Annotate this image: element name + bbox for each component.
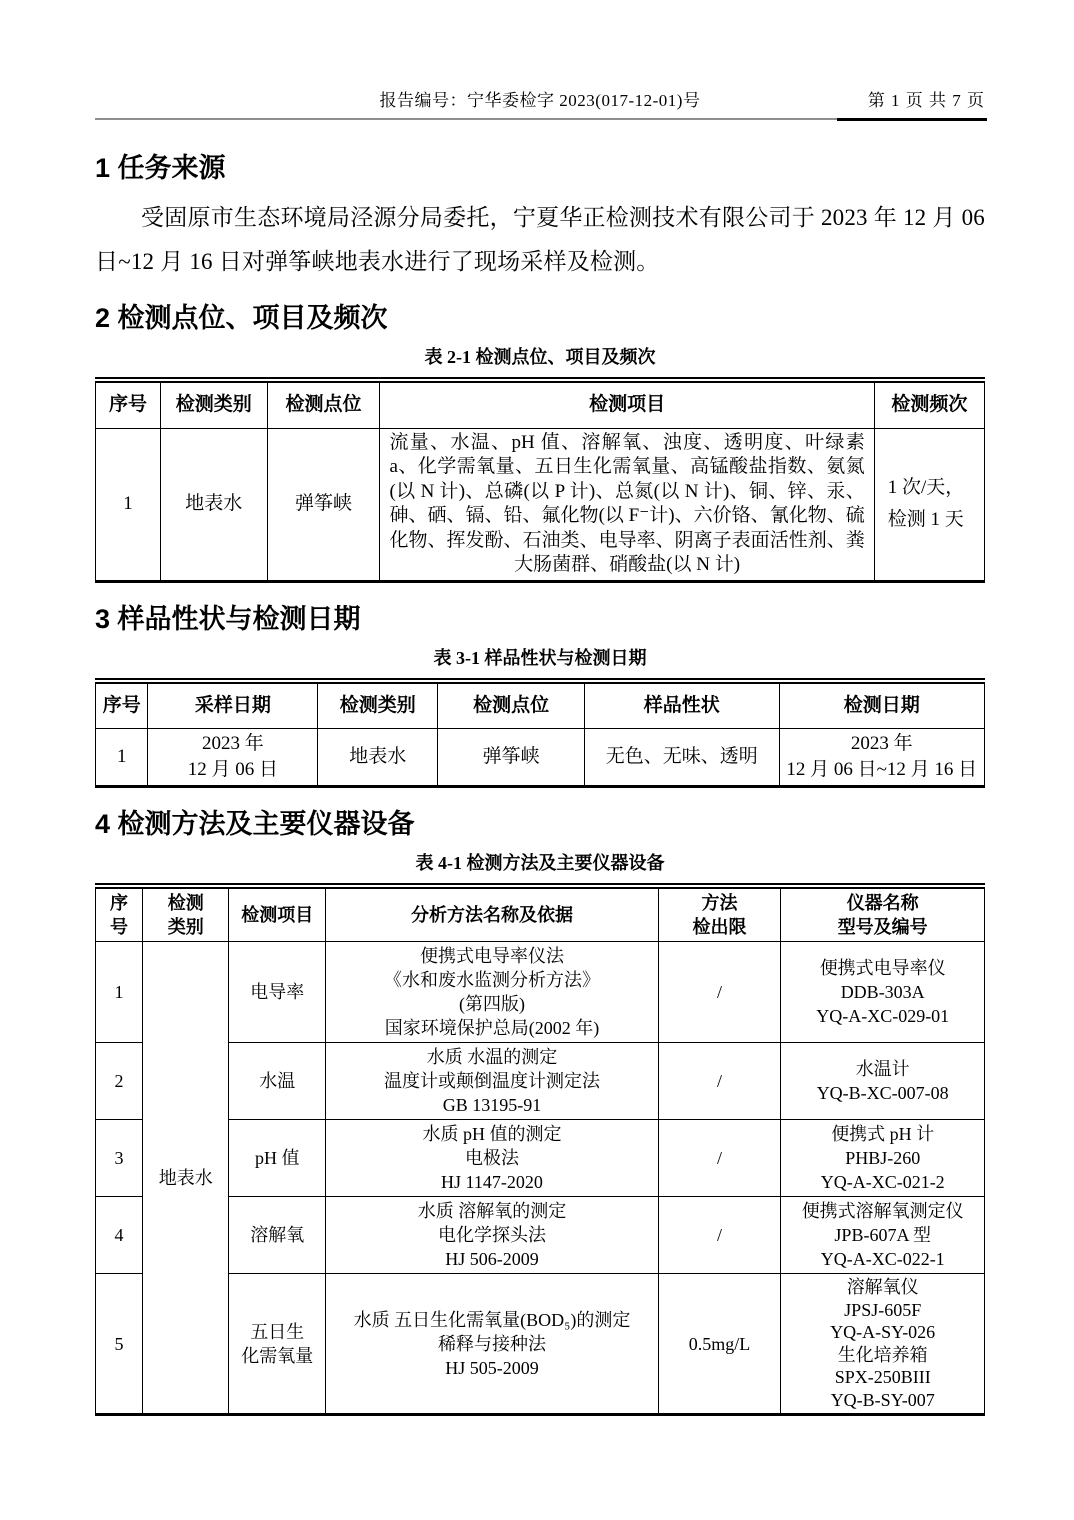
table-2-1-caption: 表 2-1 检测点位、项目及频次 <box>95 346 985 368</box>
table-2-1: 序号 检测类别 检测点位 检测项目 检测频次 1 地表水 弹筝峡 流量、水温、p… <box>95 377 985 583</box>
column-header-category: 检测 类别 <box>143 886 229 942</box>
cell-item: 水温 <box>229 1043 326 1120</box>
table-3-1: 序号 采样日期 检测类别 检测点位 样品性状 检测日期 1 2023 年 12 … <box>95 678 985 789</box>
cell-item: 电导率 <box>229 942 326 1043</box>
table-row: 4 溶解氧 水质 溶解氧的测定 电化学探头法 HJ 506-2009 / 便携式… <box>96 1197 985 1274</box>
cell-instrument: 水温计 YQ-B-XC-007-08 <box>781 1043 985 1120</box>
cell-item: 五日生 化需氧量 <box>229 1274 326 1415</box>
table-row: 1 2023 年 12 月 06 日 地表水 弹筝峡 无色、无味、透明 2023… <box>96 729 985 787</box>
column-header-instrument: 仪器名称 型号及编号 <box>781 886 985 942</box>
cell-limit: 0.5mg/L <box>658 1274 781 1415</box>
cell-site: 弹筝峡 <box>438 729 585 787</box>
cell-method: 水质 pH 值的测定 电极法 HJ 1147-2020 <box>326 1120 659 1197</box>
column-header-test-date: 检测日期 <box>779 681 984 729</box>
column-header-frequency: 检测频次 <box>874 380 984 428</box>
page-number-underline <box>837 118 987 121</box>
cell-seq: 1 <box>96 729 148 787</box>
column-header-category: 检测类别 <box>318 681 438 729</box>
cell-seq: 2 <box>96 1043 143 1120</box>
column-header-items: 检测项目 <box>380 380 874 428</box>
column-header-site: 检测点位 <box>267 380 380 428</box>
section-1-paragraph: 受固原市生态环境局泾源分局委托，宁夏华正检测技术有限公司于 2023 年 12 … <box>95 196 985 284</box>
table-row: 1 地表水 弹筝峡 流量、水温、pH 值、溶解氧、浊度、透明度、叶绿素 a、化学… <box>96 428 985 581</box>
cell-instrument: 便携式 pH 计 PHBJ-260 YQ-A-XC-021-2 <box>781 1120 985 1197</box>
cell-category: 地表水 <box>318 729 438 787</box>
cell-method: 水质 五日生化需氧量(BOD₅)的测定 稀释与接种法 HJ 505-2009 <box>326 1274 659 1415</box>
column-header-sampling-date: 采样日期 <box>148 681 318 729</box>
table-2-1-header-row: 序号 检测类别 检测点位 检测项目 检测频次 <box>96 380 985 428</box>
table-row: 1 地表水 电导率 便携式电导率仪法 《水和废水监测分析方法》 (第四版) 国家… <box>96 942 985 1043</box>
cell-test-date: 2023 年 12 月 06 日~12 月 16 日 <box>779 729 984 787</box>
column-header-seq: 序 号 <box>96 886 143 942</box>
table-3-1-caption: 表 3-1 样品性状与检测日期 <box>95 647 985 669</box>
section-4-title: 4 检测方法及主要仪器设备 <box>95 809 985 839</box>
cell-limit: / <box>658 1197 781 1274</box>
report-page: 报告编号：宁华委检字 2023(017-12-01)号 第 1 页 共 7 页 … <box>0 0 1074 1520</box>
cell-item: pH 值 <box>229 1120 326 1197</box>
cell-seq: 4 <box>96 1197 143 1274</box>
cell-method: 水质 水温的测定 温度计或颠倒温度计测定法 GB 13195-91 <box>326 1043 659 1120</box>
table-row: 3 pH 值 水质 pH 值的测定 电极法 HJ 1147-2020 / 便携式… <box>96 1120 985 1197</box>
cell-category-merged: 地表水 <box>143 942 229 1415</box>
page-number: 第 1 页 共 7 页 <box>868 86 985 111</box>
column-header-category: 检测类别 <box>160 380 267 428</box>
cell-instrument: 便携式电导率仪 DDB-303A YQ-A-XC-029-01 <box>781 942 985 1043</box>
column-header-seq: 序号 <box>96 681 148 729</box>
section-3-title: 3 样品性状与检测日期 <box>95 604 985 634</box>
cell-site: 弹筝峡 <box>267 428 380 581</box>
cell-instrument: 便携式溶解氧测定仪 JPB-607A 型 YQ-A-XC-022-1 <box>781 1197 985 1274</box>
table-4-1-header-row: 序 号 检测 类别 检测项目 分析方法名称及依据 方法 检出限 仪器名称 型号及… <box>96 886 985 942</box>
column-header-detection-limit: 方法 检出限 <box>658 886 781 942</box>
column-header-character: 样品性状 <box>584 681 779 729</box>
table-row: 2 水温 水质 水温的测定 温度计或颠倒温度计测定法 GB 13195-91 /… <box>96 1043 985 1120</box>
cell-instrument: 溶解氧仪 JPSJ-605F YQ-A-SY-026 生化培养箱 SPX-250… <box>781 1274 985 1415</box>
cell-items: 流量、水温、pH 值、溶解氧、浊度、透明度、叶绿素 a、化学需氧量、五日生化需氧… <box>380 428 874 581</box>
cell-limit: / <box>658 1043 781 1120</box>
cell-sampling-date: 2023 年 12 月 06 日 <box>148 729 318 787</box>
table-3-1-header-row: 序号 采样日期 检测类别 检测点位 样品性状 检测日期 <box>96 681 985 729</box>
cell-category: 地表水 <box>160 428 267 581</box>
cell-seq: 3 <box>96 1120 143 1197</box>
cell-method: 便携式电导率仪法 《水和废水监测分析方法》 (第四版) 国家环境保护总局(200… <box>326 942 659 1043</box>
cell-item: 溶解氧 <box>229 1197 326 1274</box>
column-header-site: 检测点位 <box>438 681 585 729</box>
table-4-1: 序 号 检测 类别 检测项目 分析方法名称及依据 方法 检出限 仪器名称 型号及… <box>95 883 985 1416</box>
section-1-title: 1 任务来源 <box>95 153 985 183</box>
cell-seq: 1 <box>96 428 161 581</box>
table-4-1-caption: 表 4-1 检测方法及主要仪器设备 <box>95 852 985 874</box>
cell-limit: / <box>658 942 781 1043</box>
cell-seq: 5 <box>96 1274 143 1415</box>
report-number: 报告编号：宁华委检字 2023(017-12-01)号 <box>380 91 701 110</box>
column-header-seq: 序号 <box>96 380 161 428</box>
cell-limit: / <box>658 1120 781 1197</box>
page-header: 报告编号：宁华委检字 2023(017-12-01)号 第 1 页 共 7 页 <box>95 86 985 120</box>
cell-seq: 1 <box>96 942 143 1043</box>
table-row: 5 五日生 化需氧量 水质 五日生化需氧量(BOD₅)的测定 稀释与接种法 HJ… <box>96 1274 985 1415</box>
column-header-method: 分析方法名称及依据 <box>326 886 659 942</box>
column-header-item: 检测项目 <box>229 886 326 942</box>
cell-frequency: 1 次/天， 检测 1 天 <box>874 428 984 581</box>
section-2-title: 2 检测点位、项目及频次 <box>95 303 985 333</box>
cell-method: 水质 溶解氧的测定 电化学探头法 HJ 506-2009 <box>326 1197 659 1274</box>
cell-character: 无色、无味、透明 <box>584 729 779 787</box>
